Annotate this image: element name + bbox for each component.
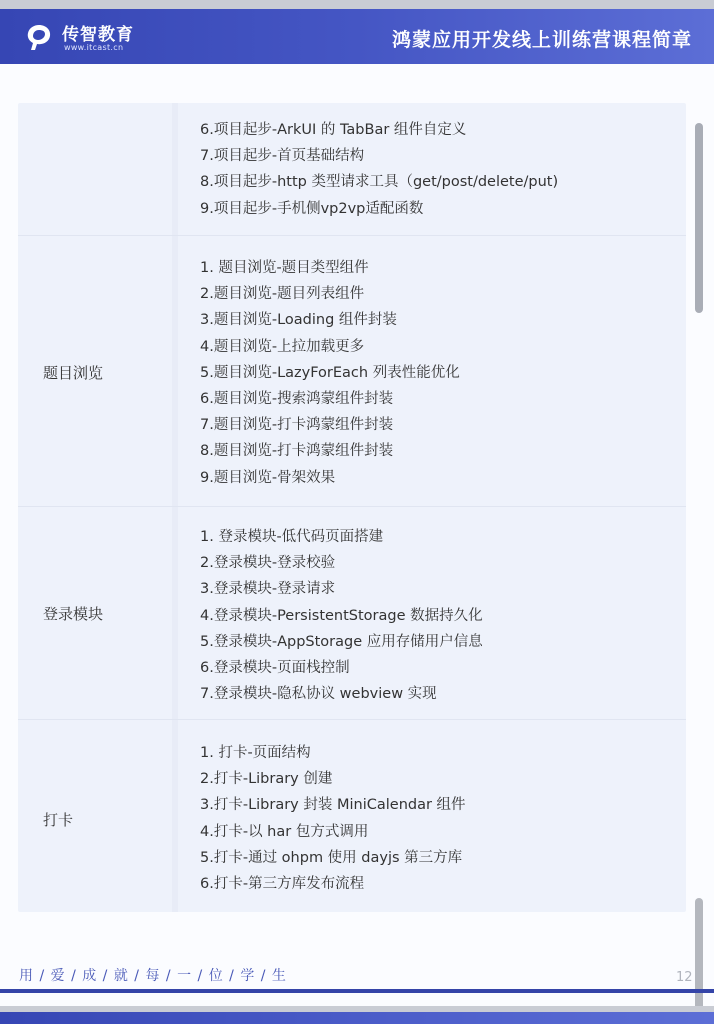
- list-item: 2.登录模块-登录校验: [200, 550, 483, 576]
- row-label: 登录模块: [43, 603, 103, 624]
- brand-name: 传智教育: [62, 20, 134, 45]
- footer-slogan: 用 / 爱 / 成 / 就 / 每 / 一 / 位 / 学 / 生: [19, 965, 287, 985]
- next-page-header-bar: [0, 1012, 714, 1024]
- list-item: 3.打卡-Library 封装 MiniCalendar 组件: [200, 792, 466, 818]
- course-table: 6.项目起步-ArkUI 的 TabBar 组件自定义 7.项目起步-首页基础结…: [18, 103, 686, 912]
- itcast-logo-icon: [24, 22, 54, 52]
- row-label: 打卡: [43, 809, 73, 830]
- brand-logo: 传智教育 www.itcast.cn: [24, 18, 164, 58]
- top-strip: [0, 0, 714, 9]
- scrollbar-thumb[interactable]: [695, 123, 703, 313]
- row-items: 1. 打卡-页面结构 2.打卡-Library 创建 3.打卡-Library …: [200, 740, 466, 897]
- list-item: 2.打卡-Library 创建: [200, 766, 466, 792]
- list-item: 8.题目浏览-打卡鸿蒙组件封装: [200, 438, 460, 464]
- list-item: 7.登录模块-隐私协议 webview 实现: [200, 681, 483, 707]
- list-item: 3.登录模块-登录请求: [200, 576, 483, 602]
- list-item: 9.题目浏览-骨架效果: [200, 465, 460, 491]
- list-item: 4.打卡-以 har 包方式调用: [200, 819, 466, 845]
- row-items: 1. 题目浏览-题目类型组件 2.题目浏览-题目列表组件 3.题目浏览-Load…: [200, 255, 460, 491]
- document-header: 传智教育 www.itcast.cn 鸿蒙应用开发线上训练营课程简章: [0, 9, 714, 64]
- row-items: 6.项目起步-ArkUI 的 TabBar 组件自定义 7.项目起步-首页基础结…: [200, 117, 558, 222]
- list-item: 7.题目浏览-打卡鸿蒙组件封装: [200, 412, 460, 438]
- list-item: 5.打卡-通过 ohpm 使用 dayjs 第三方库: [200, 845, 466, 871]
- list-item: 5.题目浏览-LazyForEach 列表性能优化: [200, 360, 460, 386]
- list-item: 6.项目起步-ArkUI 的 TabBar 组件自定义: [200, 117, 558, 143]
- list-item: 6.题目浏览-搜索鸿蒙组件封装: [200, 386, 460, 412]
- table-row: 题目浏览 1. 题目浏览-题目类型组件 2.题目浏览-题目列表组件 3.题目浏览…: [18, 236, 686, 506]
- brand-url: www.itcast.cn: [64, 43, 123, 52]
- table-row: 打卡 1. 打卡-页面结构 2.打卡-Library 创建 3.打卡-Libra…: [18, 720, 686, 912]
- list-item: 1. 题目浏览-题目类型组件: [200, 255, 460, 281]
- list-item: 2.题目浏览-题目列表组件: [200, 281, 460, 307]
- list-item: 1. 登录模块-低代码页面搭建: [200, 524, 483, 550]
- table-row: 6.项目起步-ArkUI 的 TabBar 组件自定义 7.项目起步-首页基础结…: [18, 103, 686, 235]
- list-item: 3.题目浏览-Loading 组件封装: [200, 307, 460, 333]
- page-number: 12: [676, 970, 693, 985]
- list-item: 1. 打卡-页面结构: [200, 740, 466, 766]
- list-item: 5.登录模块-AppStorage 应用存储用户信息: [200, 629, 483, 655]
- footer-divider: [0, 989, 714, 993]
- list-item: 6.登录模块-页面栈控制: [200, 655, 483, 681]
- table-row: 登录模块 1. 登录模块-低代码页面搭建 2.登录模块-登录校验 3.登录模块-…: [18, 507, 686, 719]
- document-title: 鸿蒙应用开发线上训练营课程简章: [392, 25, 692, 52]
- list-item: 9.项目起步-手机侧vp2vp适配函数: [200, 196, 558, 222]
- list-item: 8.项目起步-http 类型请求工具（get/post/delete/put): [200, 169, 558, 195]
- list-item: 6.打卡-第三方库发布流程: [200, 871, 466, 897]
- row-label: 题目浏览: [43, 362, 103, 383]
- row-items: 1. 登录模块-低代码页面搭建 2.登录模块-登录校验 3.登录模块-登录请求 …: [200, 524, 483, 707]
- list-item: 4.题目浏览-上拉加载更多: [200, 334, 460, 360]
- list-item: 4.登录模块-PersistentStorage 数据持久化: [200, 603, 483, 629]
- list-item: 7.项目起步-首页基础结构: [200, 143, 558, 169]
